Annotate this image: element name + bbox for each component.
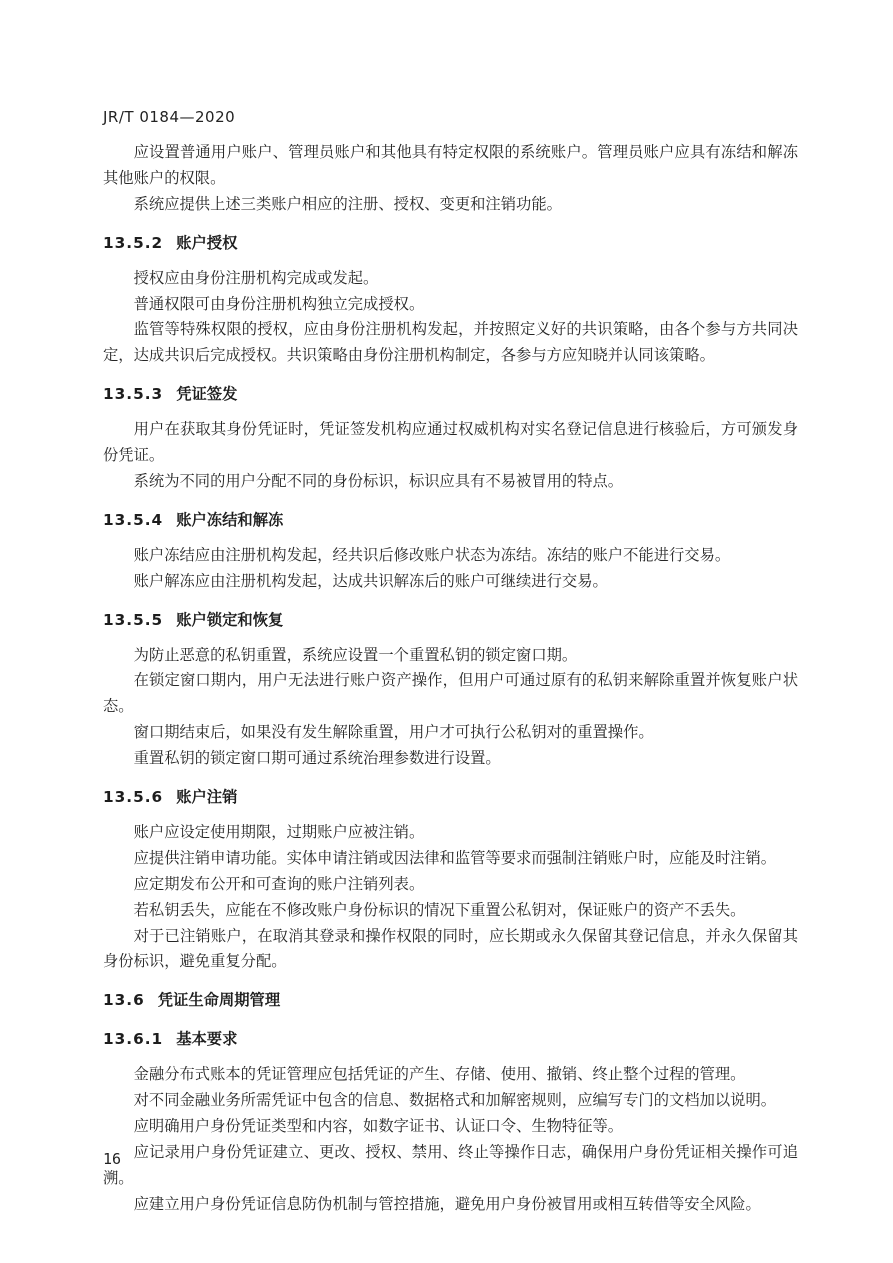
section-number: 13.6.1	[103, 1030, 163, 1048]
page-number: 16	[103, 1150, 121, 1168]
paragraph: 监管等特殊权限的授权，应由身份注册机构发起，并按照定义好的共识策略，由各个参与方…	[103, 317, 798, 369]
paragraph: 账户冻结应由注册机构发起，经共识后修改账户状态为冻结。冻结的账户不能进行交易。	[103, 543, 798, 569]
section-title: 账户冻结和解冻	[176, 511, 283, 529]
section-number: 13.5.2	[103, 234, 163, 252]
section-heading: 13.5.5账户锁定和恢复	[103, 608, 798, 634]
section-title: 凭证生命周期管理	[158, 991, 280, 1009]
paragraph: 账户解冻应由注册机构发起，达成共识解冻后的账户可继续进行交易。	[103, 569, 798, 595]
paragraph: 账户应设定使用期限，过期账户应被注销。	[103, 820, 798, 846]
standard-number-header: JR/T 0184—2020	[103, 108, 235, 126]
section-heading: 13.5.3凭证签发	[103, 382, 798, 408]
section-heading: 13.5.6账户注销	[103, 785, 798, 811]
paragraph: 对不同金融业务所需凭证中包含的信息、数据格式和加解密规则，应编写专门的文档加以说…	[103, 1088, 798, 1114]
section-heading: 13.5.4账户冻结和解冻	[103, 508, 798, 534]
paragraph: 金融分布式账本的凭证管理应包括凭证的产生、存储、使用、撤销、终止整个过程的管理。	[103, 1062, 798, 1088]
paragraph: 在锁定窗口期内，用户无法进行账户资产操作，但用户可通过原有的私钥来解除重置并恢复…	[103, 668, 798, 720]
paragraph: 对于已注销账户，在取消其登录和操作权限的同时，应长期或永久保留其登记信息，并永久…	[103, 924, 798, 976]
paragraph: 为防止恶意的私钥重置，系统应设置一个重置私钥的锁定窗口期。	[103, 643, 798, 669]
paragraph: 系统为不同的用户分配不同的身份标识，标识应具有不易被冒用的特点。	[103, 469, 798, 495]
paragraph: 窗口期结束后，如果没有发生解除重置，用户才可执行公私钥对的重置操作。	[103, 720, 798, 746]
paragraph: 应明确用户身份凭证类型和内容，如数字证书、认证口令、生物特征等。	[103, 1114, 798, 1140]
document-body: 应设置普通用户账户、管理员账户和其他具有特定权限的系统账户。管理员账户应具有冻结…	[103, 140, 798, 1218]
paragraph: 应设置普通用户账户、管理员账户和其他具有特定权限的系统账户。管理员账户应具有冻结…	[103, 140, 798, 192]
section-number: 13.6	[103, 991, 145, 1009]
section-title: 基本要求	[176, 1030, 237, 1048]
section-heading: 13.5.2账户授权	[103, 231, 798, 257]
paragraph: 普通权限可由身份注册机构独立完成授权。	[103, 292, 798, 318]
section-title: 账户授权	[176, 234, 237, 252]
paragraph: 授权应由身份注册机构完成或发起。	[103, 266, 798, 292]
paragraph: 应定期发布公开和可查询的账户注销列表。	[103, 872, 798, 898]
section-heading: 13.6凭证生命周期管理	[103, 988, 798, 1014]
document-page: JR/T 0184—2020 应设置普通用户账户、管理员账户和其他具有特定权限的…	[0, 0, 893, 1263]
paragraph: 应记录用户身份凭证建立、更改、授权、禁用、终止等操作日志，确保用户身份凭证相关操…	[103, 1140, 798, 1192]
section-title: 凭证签发	[176, 385, 237, 403]
section-number: 13.5.4	[103, 511, 163, 529]
section-number: 13.5.3	[103, 385, 163, 403]
paragraph: 应提供注销申请功能。实体申请注销或因法律和监管等要求而强制注销账户时，应能及时注…	[103, 846, 798, 872]
paragraph: 系统应提供上述三类账户相应的注册、授权、变更和注销功能。	[103, 192, 798, 218]
section-title: 账户注销	[176, 788, 237, 806]
section-number: 13.5.5	[103, 611, 163, 629]
section-number: 13.5.6	[103, 788, 163, 806]
paragraph: 应建立用户身份凭证信息防伪机制与管控措施，避免用户身份被冒用或相互转借等安全风险…	[103, 1192, 798, 1218]
paragraph: 用户在获取其身份凭证时，凭证签发机构应通过权威机构对实名登记信息进行核验后，方可…	[103, 417, 798, 469]
paragraph: 若私钥丢失，应能在不修改账户身份标识的情况下重置公私钥对，保证账户的资产不丢失。	[103, 898, 798, 924]
section-title: 账户锁定和恢复	[176, 611, 283, 629]
paragraph: 重置私钥的锁定窗口期可通过系统治理参数进行设置。	[103, 746, 798, 772]
section-heading: 13.6.1基本要求	[103, 1027, 798, 1053]
